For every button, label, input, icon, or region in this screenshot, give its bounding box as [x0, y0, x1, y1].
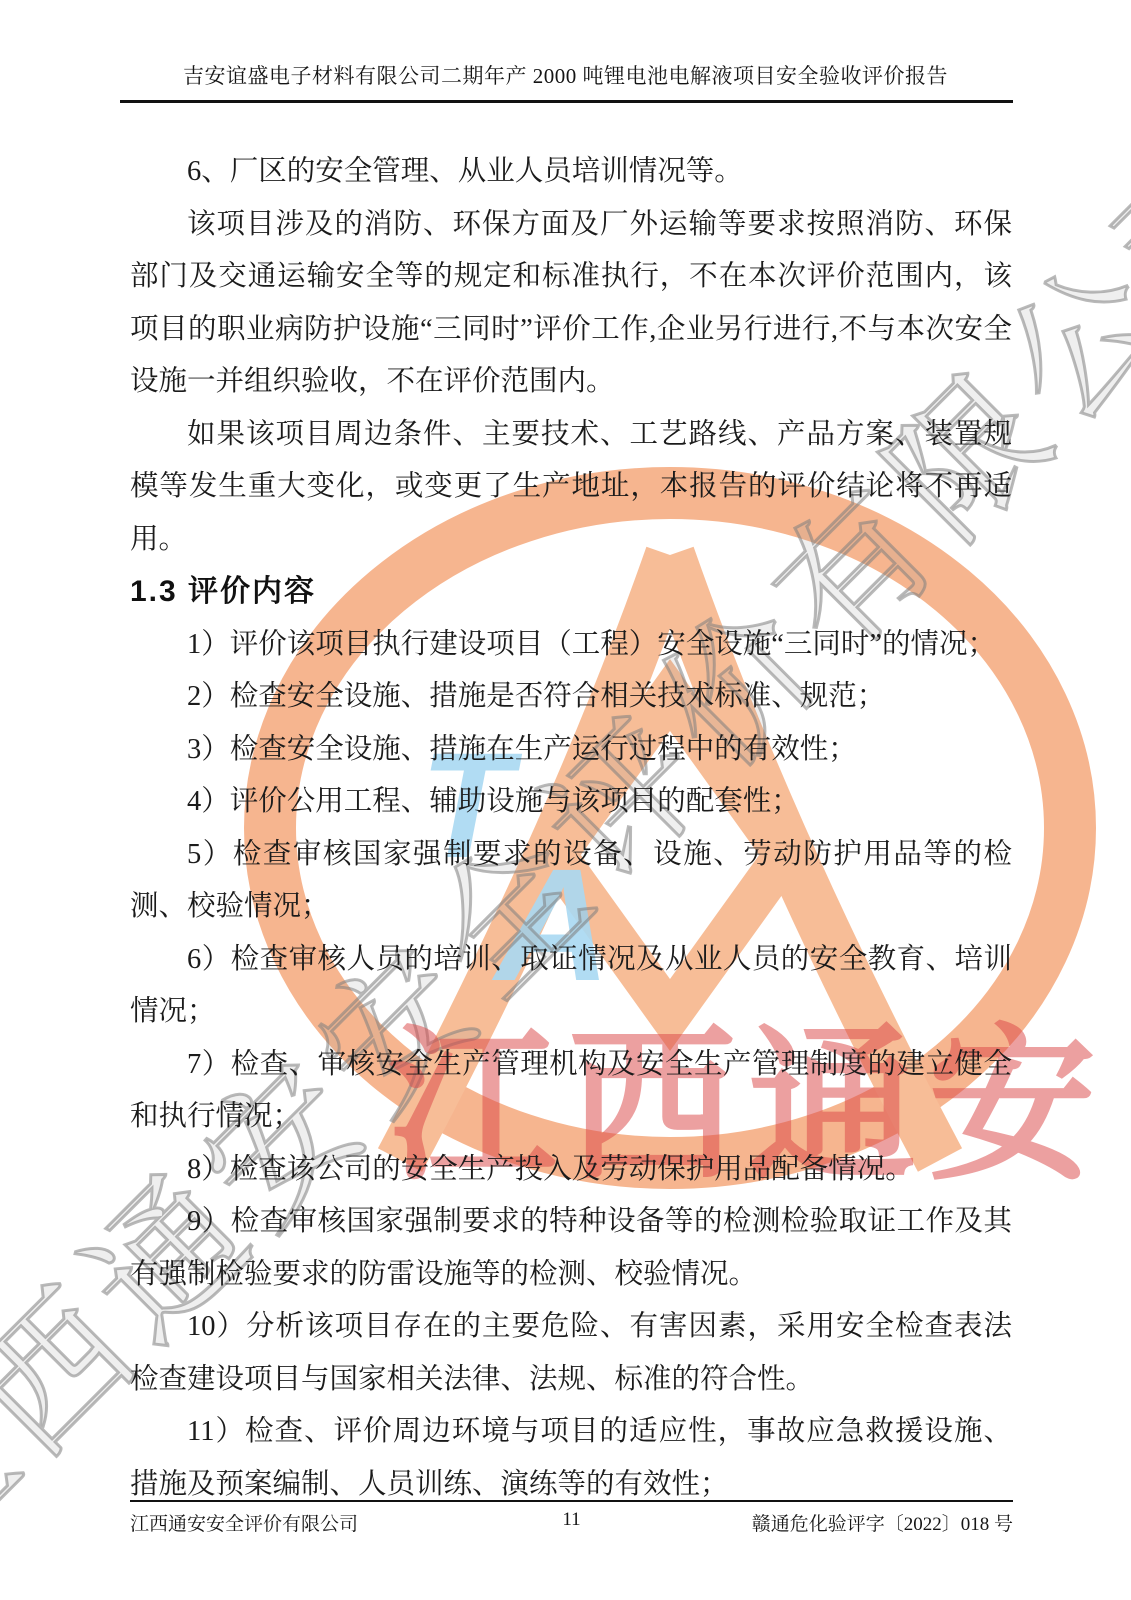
footer-doc-number: 赣通危化验评字〔2022〕018 号: [752, 1509, 1013, 1536]
document-body: 6、厂区的安全管理、从业人员培训情况等。 该项目涉及的消防、环保方面及厂外运输等…: [130, 146, 1012, 1511]
list-item: 5）检查审核国家强制要求的设备、设施、劳动防护用品等的检测、校验情况；: [130, 829, 1012, 934]
list-item: 3）检查安全设施、措施在生产运行过程中的有效性；: [130, 724, 1012, 777]
list-item: 1）评价该项目执行建设项目（工程）安全设施“三同时”的情况；: [130, 619, 1012, 672]
page-header-title: 吉安谊盛电子材料有限公司二期年产 2000 吨锂电池电解液项目安全验收评价报告: [0, 60, 1131, 90]
list-item: 6）检查审核人员的培训、取证情况及从业人员的安全教育、培训情况；: [130, 934, 1012, 1039]
list-item: 9）检查审核国家强制要求的特种设备等的检测检验取证工作及其有强制检验要求的防雷设…: [130, 1196, 1012, 1301]
page-number: 11: [562, 1509, 580, 1531]
list-item: 10）分析该项目存在的主要危险、有害因素，采用安全检查表法检查建设项目与国家相关…: [130, 1301, 1012, 1406]
header-rule: [120, 100, 1013, 103]
document-page: { "header": { "title": "吉安谊盛电子材料有限公司二期年产…: [0, 0, 1131, 1600]
list-item: 11）检查、评价周边环境与项目的适应性，事故应急救援设施、措施及预案编制、人员训…: [130, 1406, 1012, 1511]
list-item: 7）检查、审核安全生产管理机构及安全生产管理制度的建立健全和执行情况；: [130, 1039, 1012, 1144]
paragraph: 该项目涉及的消防、环保方面及厂外运输等要求按照消防、环保部门及交通运输安全等的规…: [130, 199, 1012, 409]
paragraph: 6、厂区的安全管理、从业人员培训情况等。: [130, 146, 1012, 199]
list-item: 2）检查安全设施、措施是否符合相关技术标准、规范；: [130, 671, 1012, 724]
list-item: 4）评价公用工程、辅助设施与该项目的配套性；: [130, 776, 1012, 829]
section-heading: 1.3 评价内容: [130, 566, 1012, 619]
list-item: 8）检查该公司的安全生产投入及劳动保护用品配备情况。: [130, 1144, 1012, 1197]
page-footer: 江西通安安全评价有限公司 11 赣通危化验评字〔2022〕018 号: [130, 1500, 1013, 1509]
paragraph: 如果该项目周边条件、主要技术、工艺路线、产品方案、装置规模等发生重大变化，或变更…: [130, 409, 1012, 567]
footer-company: 江西通安安全评价有限公司: [130, 1509, 358, 1536]
